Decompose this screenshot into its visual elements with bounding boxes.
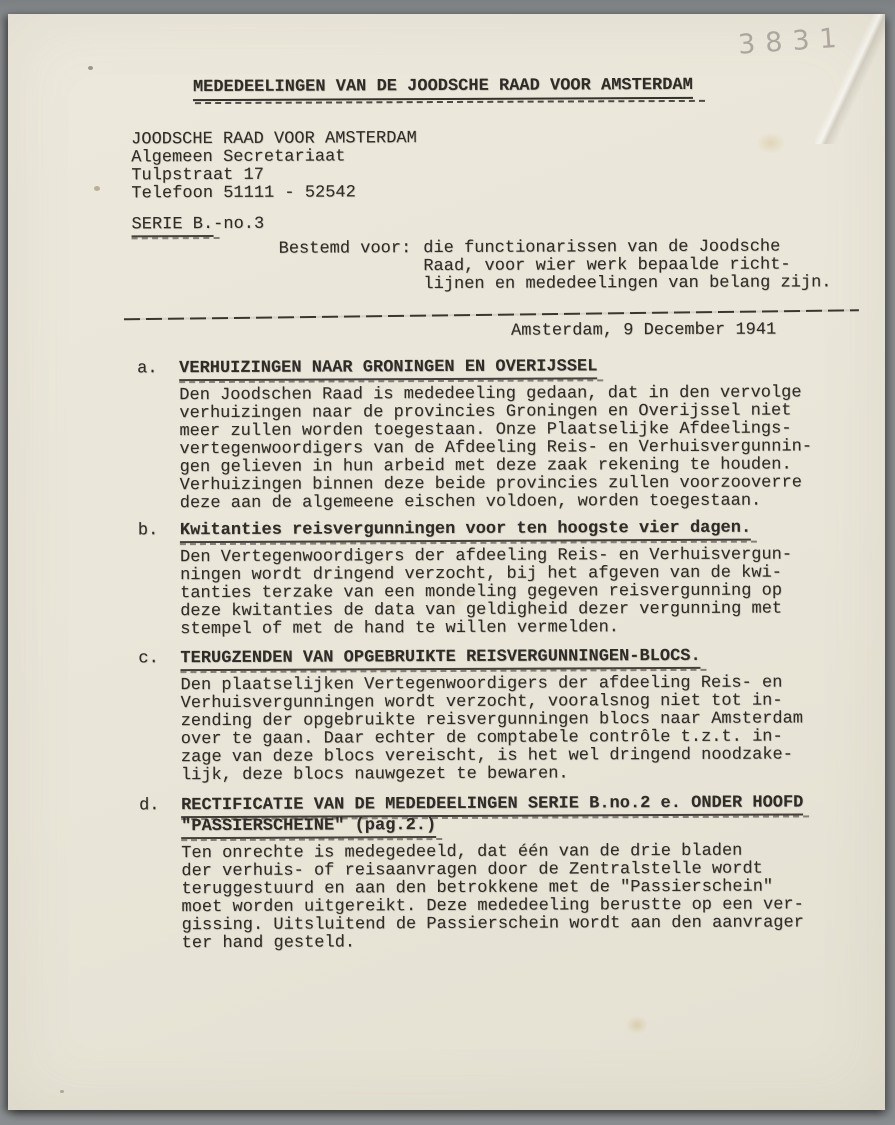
document-title: MEDEDEELINGEN VAN DE JOODSCHE RAAD VOOR … [193,77,693,101]
section-a-heading: VERHUIZINGEN NAAR GRONINGEN EN OVERIJSSE… [179,358,597,381]
document-page: 3831 MEDEDEELINGEN VAN DE JOODSCHE RAAD … [8,14,885,1110]
addressee-text: die functionarissen van de Joodsche Raad… [423,238,831,294]
section-d-heading-line2: "PASSIERSCHEINE" (pag.2.) [181,817,436,839]
section-d: d. RECTIFICATIE VAN DE MEDEDEELINGEN SER… [139,794,887,953]
document-content: MEDEDEELINGEN VAN DE JOODSCHE RAAD VOOR … [6,12,888,1112]
section-c-letter: c. [138,650,181,785]
section-d-content: RECTIFICATIE VAN DE MEDEDEELINGEN SERIE … [181,794,804,953]
title-row: MEDEDEELINGEN VAN DE JOODSCHE RAAD VOOR … [193,76,883,101]
section-c: c. TERUGZENDEN VAN OPGEBRUIKTE REISVERGU… [138,647,886,785]
section-c-heading-row: TERUGZENDEN VAN OPGEBRUIKTE REISVERGUNNI… [180,647,802,671]
section-c-heading: TERUGZENDEN VAN OPGEBRUIKTE REISVERGUNNI… [180,648,700,671]
section-c-content: TERUGZENDEN VAN OPGEBRUIKTE REISVERGUNNI… [180,647,803,785]
dashed-separator-line [124,309,859,320]
section-d-heading-row-2: "PASSIERSCHEINE" (pag.2.) [181,815,803,839]
section-c-paragraph: Den plaatselijken Vertegenwoordigers der… [180,674,803,785]
dateline: Amsterdam, 9 December 1941 [511,321,884,341]
sender-address-block: JOODSCHE RAAD VOOR AMSTERDAM Algemeen Se… [131,128,883,203]
section-d-letter: d. [139,797,182,953]
section-b-content: Kwitanties reisvergunningen voor ten hoo… [180,519,793,639]
series-number: -no.3 [213,215,264,234]
section-a-paragraph: Den Joodschen Raad is mededeeling gedaan… [179,384,812,513]
addressee-block: Bestemd voor: die functionarissen van de… [279,238,884,295]
section-b-heading: Kwitanties reisvergunningen voor ten hoo… [180,520,751,543]
section-d-heading-line1: RECTIFICATIE VAN DE MEDEDEELINGEN SERIE … [181,794,803,818]
section-a-content: VERHUIZINGEN NAAR GRONINGEN EN OVERIJSSE… [179,357,812,513]
series-line: SERIE B.-no.3 [131,213,883,237]
section-a-letter: a. [137,360,180,513]
section-b-letter: b. [138,522,181,639]
section-b-paragraph: Den Vertegenwoordigers der afdeeling Rei… [180,546,792,639]
series-label: SERIE B. [131,216,213,237]
section-d-heading-row-1: RECTIFICATIE VAN DE MEDEDEELINGEN SERIE … [181,794,803,818]
section-a-heading-row: VERHUIZINGEN NAAR GRONINGEN EN OVERIJSSE… [179,357,812,381]
section-a: a. VERHUIZINGEN NAAR GRONINGEN EN OVERIJ… [137,357,885,513]
section-d-paragraph: Ten onrechte is medegedeeld, dat één van… [181,842,804,953]
addressee-label: Bestemd voor: [279,240,412,295]
section-b-heading-row: Kwitanties reisvergunningen voor ten hoo… [180,519,792,543]
section-b: b. Kwitanties reisvergunningen voor ten … [138,519,886,639]
